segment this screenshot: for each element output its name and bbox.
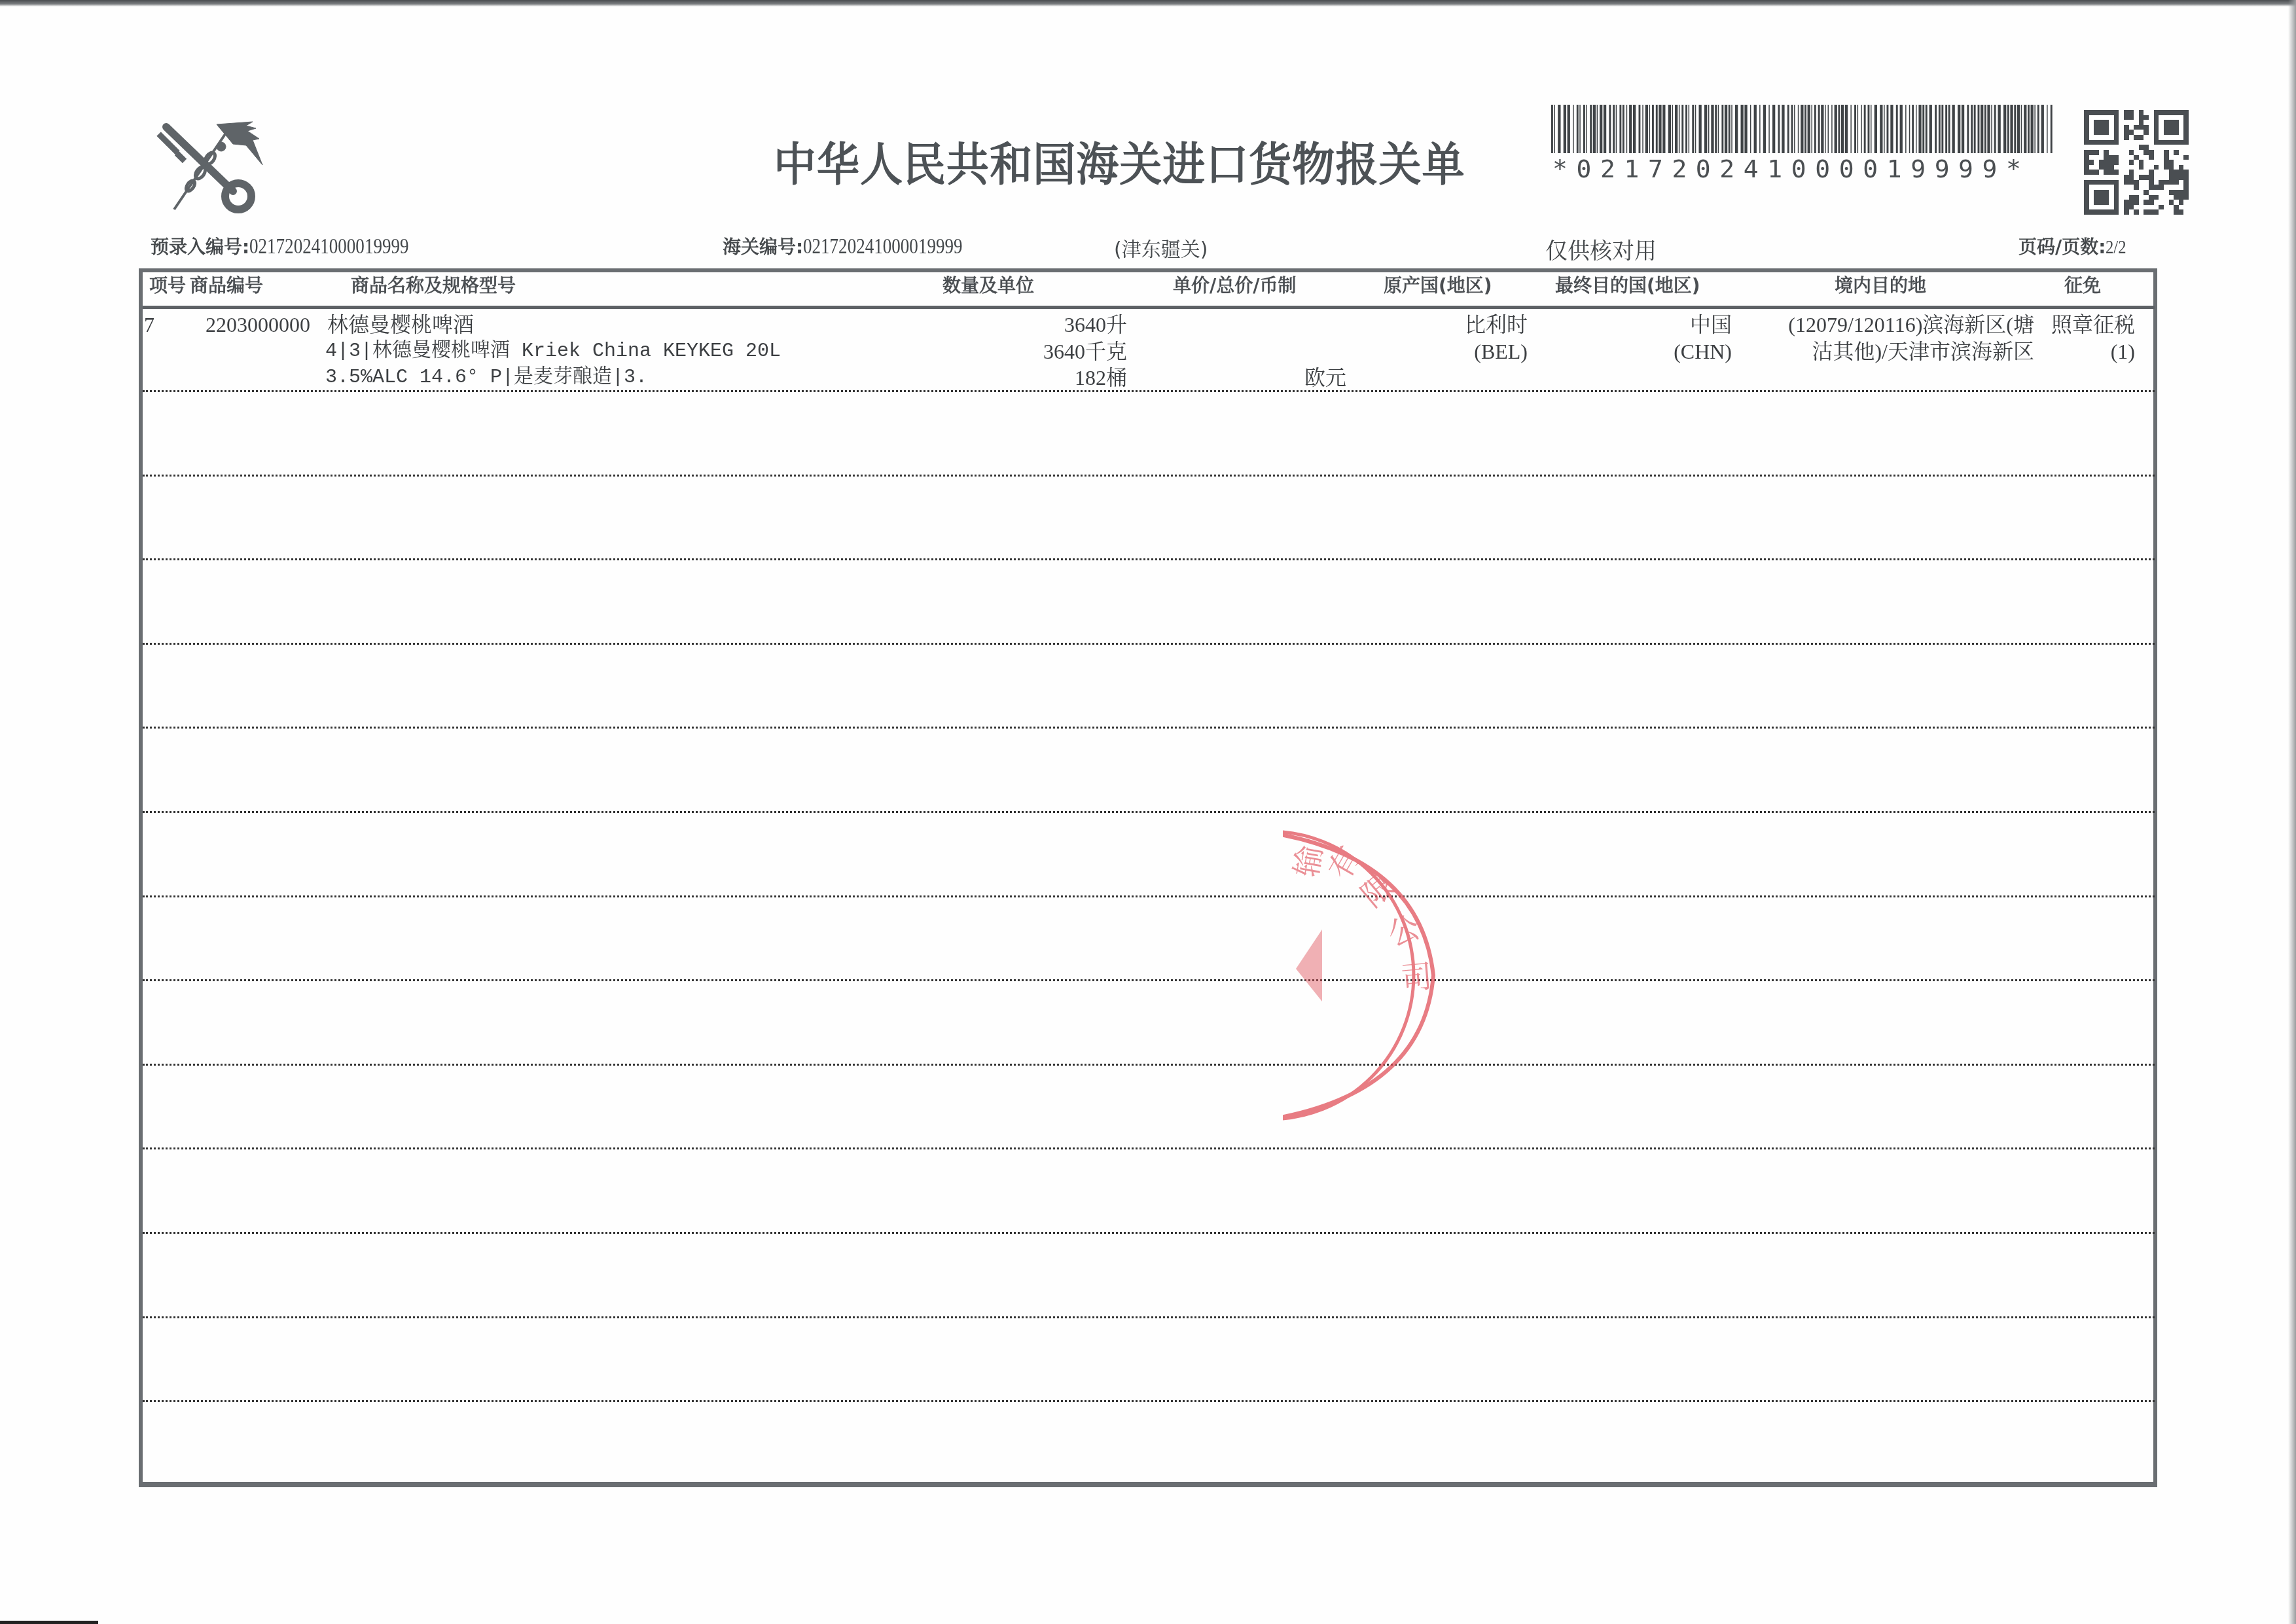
domestic-dest-line1: (12079/120116)滨海新区(塘: [1788, 312, 2034, 338]
origin-country: 比利时: [1465, 312, 1528, 338]
scan-edge-bottom: [0, 1621, 98, 1624]
svg-text:输: 输: [1288, 842, 1329, 880]
row-separator: [143, 475, 2155, 477]
svg-text:司: 司: [1399, 958, 1434, 998]
item-no: 7: [144, 312, 154, 338]
customs-label: 海关编号:: [723, 236, 803, 258]
levy-mode: 照章征税: [2051, 312, 2135, 338]
verification-note: 仅供核对用: [1545, 233, 1657, 265]
row-separator: [143, 390, 2155, 392]
customs-number: 海关编号:021720241000019999: [723, 233, 997, 259]
final-dest-country: 中国: [1690, 312, 1732, 338]
qty-declared: 182桶: [1075, 365, 1127, 391]
row-separator: [143, 558, 2155, 560]
scan-edge-right: [2288, 0, 2296, 1624]
header-hs-code: 商品编号: [190, 272, 263, 298]
page-indicator: 页码/页数:2/2: [2018, 233, 2131, 259]
page-label: 页码/页数:: [2018, 236, 2106, 258]
row-separator: [143, 979, 2155, 981]
qty-legal: 3640升: [1064, 312, 1127, 338]
china-customs-emblem-icon: [154, 113, 266, 217]
row-separator: [143, 895, 2155, 897]
row-separator: [143, 1232, 2155, 1234]
hs-code: 2203000000: [206, 312, 310, 338]
row-separator: [143, 643, 2155, 645]
header-divider: [143, 306, 2155, 309]
barcode-icon: [1551, 105, 2053, 153]
scan-edge-top: [0, 0, 2296, 7]
row-separator: [143, 1400, 2155, 1402]
final-dest-code: (CHN): [1674, 338, 1732, 365]
header-qty-unit: 数量及单位: [942, 272, 1034, 298]
qty-secondary: 3640千克: [1043, 338, 1127, 365]
goods-table: [139, 268, 2157, 1487]
pre-entry-label: 预录入编号:: [151, 236, 249, 258]
pre-entry-number: 预录入编号:021720241000019999: [151, 233, 444, 259]
customs-value: 021720241000019999: [803, 235, 963, 259]
currency: 欧元: [1304, 365, 1346, 391]
header-price: 单价/总价/币制: [1173, 272, 1296, 298]
svg-text:公: 公: [1383, 909, 1425, 954]
header-origin: 原产国(地区): [1384, 272, 1492, 298]
row-separator: [143, 727, 2155, 729]
document-title: 中华人民共和国海关进口货物报关单: [774, 128, 1465, 194]
row-separator: [143, 1064, 2155, 1066]
barcode-number: *021720241000019999*: [1552, 154, 2030, 183]
header-final-dest: 最终目的国(地区): [1555, 272, 1700, 298]
customs-office: (津东疆关): [1114, 233, 1208, 262]
page-value: 2/2: [2106, 236, 2126, 259]
row-separator: [143, 1316, 2155, 1318]
pre-entry-value: 021720241000019999: [249, 235, 409, 259]
row-separator: [143, 811, 2155, 813]
svg-text:限: 限: [1354, 867, 1402, 915]
goods-spec-line1: 4|3|林德曼樱桃啤酒 Kriek China KEYKEG 20L: [325, 338, 781, 365]
header-name-spec: 商品名称及规格型号: [351, 272, 516, 298]
goods-spec-line2: 3.5%ALC 14.6° P|是麦芽酿造|3.: [325, 365, 647, 391]
origin-code: (BEL): [1474, 338, 1528, 365]
qr-code-icon: [2084, 110, 2189, 215]
header-item-no: 项号: [149, 272, 186, 298]
domestic-dest-line2: 沽其他)/天津市滨海新区: [1812, 338, 2034, 365]
header-domestic-dest: 境内目的地: [1835, 272, 1926, 298]
goods-name: 林德曼樱桃啤酒: [327, 312, 474, 338]
row-separator: [143, 1147, 2155, 1149]
header-levy: 征免: [2064, 272, 2101, 298]
company-seal-stamp: 输 有 限 公 司: [1283, 818, 1479, 1132]
levy-code: (1): [2111, 338, 2135, 365]
